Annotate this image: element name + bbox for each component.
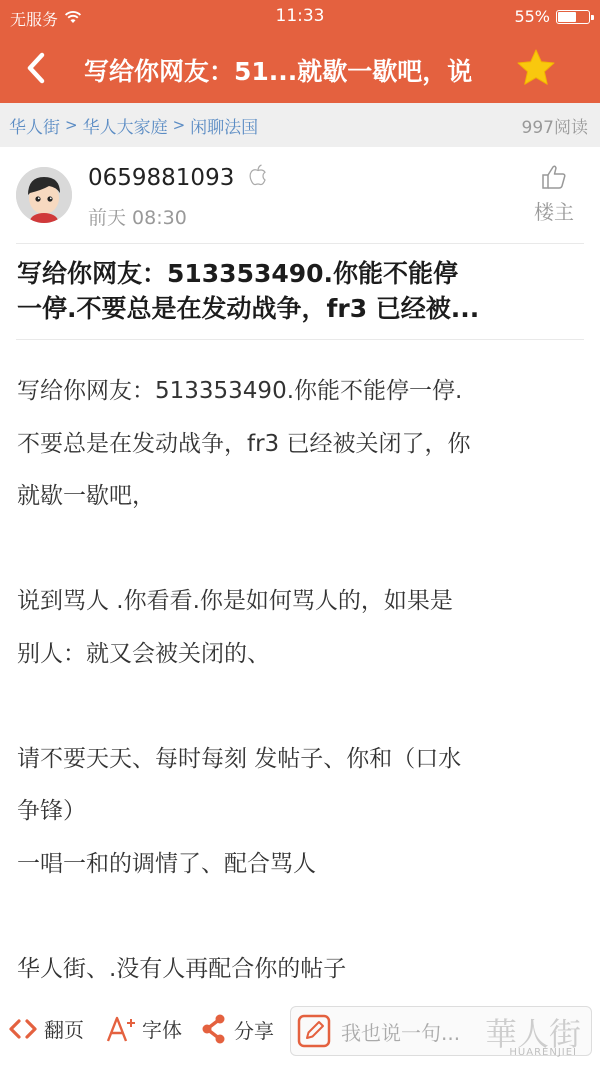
font-size-icon (106, 1015, 142, 1043)
breadcrumb-separator: > (173, 116, 186, 134)
breadcrumb-item-huarenjie[interactable]: 华人街 (9, 113, 60, 138)
share-label: 分享 (234, 1015, 274, 1044)
reply-placeholder: 我也说一句... (341, 1017, 460, 1046)
post-body-line: 就歇一歇吧， (17, 470, 587, 523)
page-title: 写给你网友：51...就歇一歇吧，说 (84, 52, 472, 88)
bottom-toolbar: 翻页 字体 分享 我也说一句... 華人街 HUARENJIEI (0, 996, 600, 1068)
share-button[interactable]: 分享 (200, 1014, 274, 1044)
post-body-line: 争锋） (17, 785, 587, 838)
divider (16, 243, 584, 244)
code-brackets-icon (8, 1018, 38, 1040)
page-flip-label: 翻页 (44, 1014, 84, 1043)
apple-icon (248, 164, 268, 192)
favorite-button[interactable] (516, 48, 556, 88)
post-body: 写给你网友：513353490.你能不能停一停. 不要总是在发动战争，fr3 已… (17, 365, 587, 995)
reply-input[interactable]: 我也说一句... 華人街 HUARENJIEI (290, 1006, 592, 1056)
back-button[interactable] (18, 48, 54, 88)
post-body-line (17, 523, 587, 576)
watermark-logo: 華人街 (485, 1009, 581, 1055)
post-title-line: 一停.不要总是在发动战争，fr3 已经被... (17, 291, 587, 326)
breadcrumb-item-family[interactable]: 华人大家庭 (83, 113, 168, 138)
like-button[interactable]: 楼主 (528, 163, 580, 225)
post-body-line: 华人街、.没有人再配合你的帖子 (17, 943, 587, 996)
edit-icon (297, 1014, 331, 1048)
font-size-label: 字体 (142, 1014, 182, 1043)
page-flip-button[interactable]: 翻页 (8, 1014, 84, 1043)
post-body-line (17, 680, 587, 733)
nav-bar: 写给你网友：51...就歇一歇吧，说 (0, 34, 600, 103)
post-title-line: 写给你网友：513353490.你能不能停 (17, 256, 587, 291)
watermark-text: HUARENJIEI (509, 1047, 577, 1058)
app-header: 无服务 11:33 55% 写给你网友：51...就歇一歇吧，说 (0, 0, 600, 103)
post-body-line: 别人：就又会被关闭的、 (17, 628, 587, 681)
status-right: 55% (514, 7, 590, 26)
author-username[interactable]: 0659881093 (88, 165, 234, 191)
post-time: 前天 08:30 (88, 203, 187, 230)
post-body-line: 请不要天天、每时每刻 发帖子、你和（口水 (17, 733, 587, 786)
post-body-line: 说到骂人 .你看看.你是如何骂人的，如果是 (17, 575, 587, 628)
battery-percent: 55% (514, 7, 550, 26)
breadcrumb: 华人街 > 华人大家庭 > 闲聊法国 (9, 113, 258, 138)
status-bar: 无服务 11:33 55% (0, 0, 600, 34)
breadcrumb-separator: > (65, 116, 78, 134)
avatar[interactable] (16, 167, 72, 223)
battery-icon (556, 10, 590, 24)
font-size-button[interactable]: 字体 (106, 1014, 182, 1043)
star-icon (516, 48, 556, 88)
clock: 11:33 (0, 6, 600, 26)
chevron-left-icon (25, 52, 47, 84)
thumbs-up-icon (540, 163, 568, 191)
post-body-line: 一唱一和的调情了、配合骂人 (17, 838, 587, 891)
author-row: 0659881093 前天 08:30 楼主 (0, 147, 600, 244)
post-body-line: 写给你网友：513353490.你能不能停一停. (17, 365, 587, 418)
breadcrumb-item-france[interactable]: 闲聊法国 (190, 113, 258, 138)
breadcrumb-bar: 华人街 > 华人大家庭 > 闲聊法国 997阅读 (0, 103, 600, 147)
share-icon (200, 1014, 228, 1044)
divider (16, 339, 584, 340)
read-count: 997阅读 (522, 113, 588, 138)
author-name-row: 0659881093 (88, 164, 268, 192)
post-body-line (17, 890, 587, 943)
op-label: 楼主 (528, 196, 580, 225)
post-title: 写给你网友：513353490.你能不能停 一停.不要总是在发动战争，fr3 已… (17, 256, 587, 326)
post-body-line: 不要总是在发动战争，fr3 已经被关闭了，你 (17, 418, 587, 471)
